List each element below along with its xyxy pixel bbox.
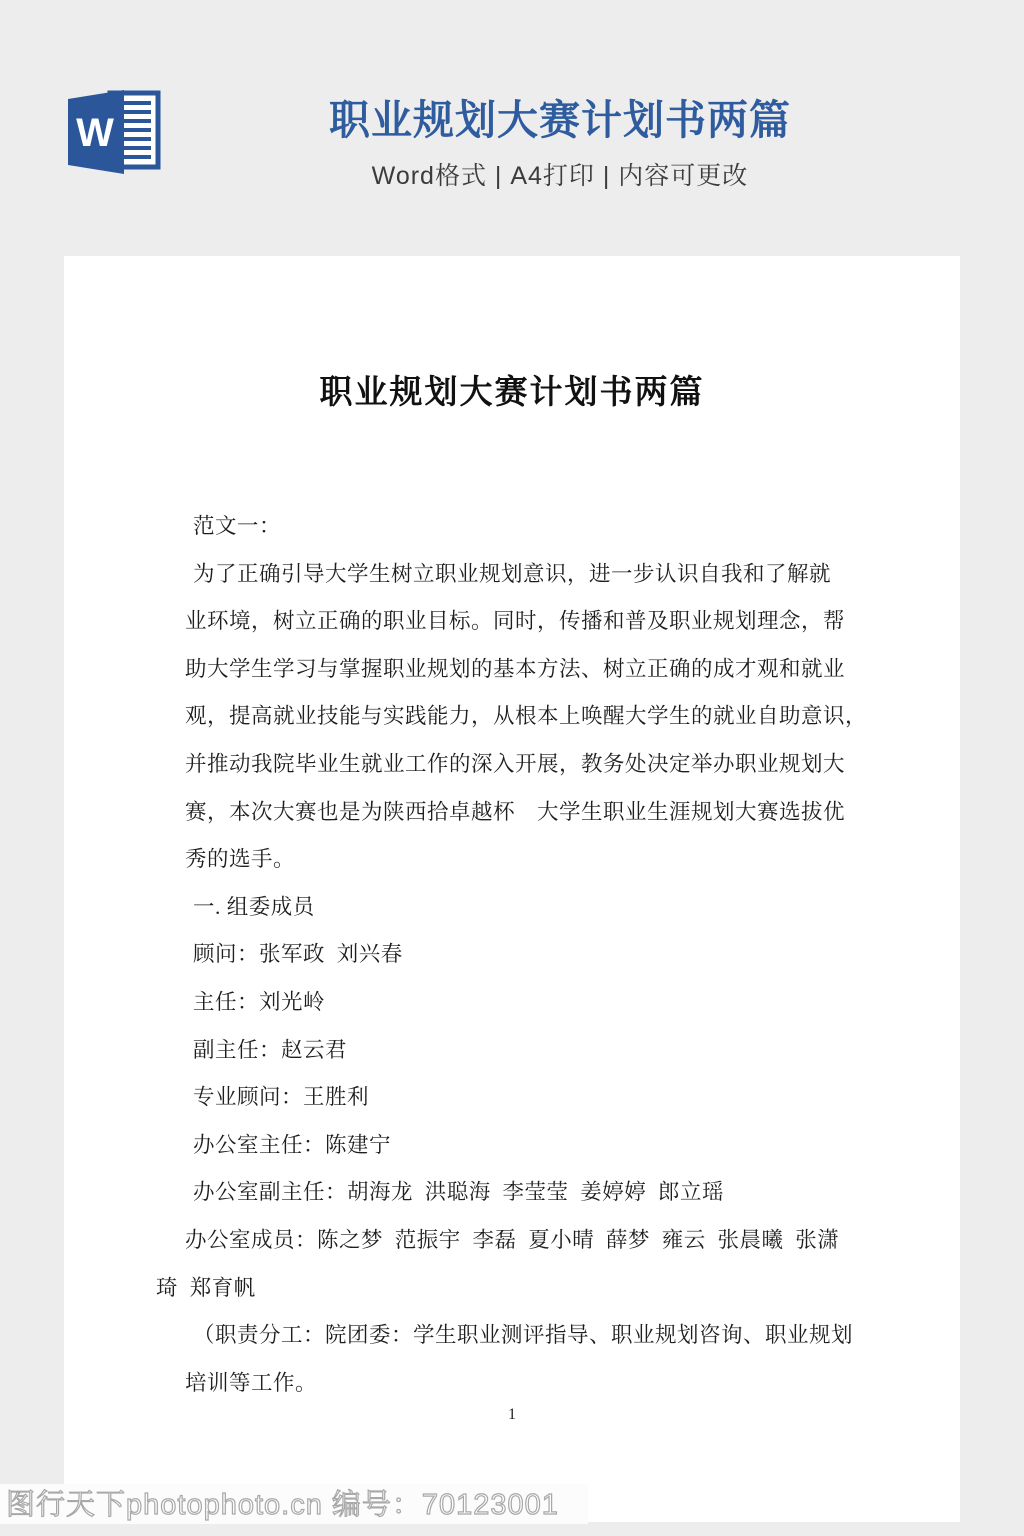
preview-header: W 职业规划大赛计划书两篇 Word格式 | A4打印 | 内容可更改 [0,0,1024,256]
doc-line: 主任：刘光岭 [185,979,905,1027]
template-subtitle: Word格式 | A4打印 | 内容可更改 [120,156,1000,192]
page-number: 1 [64,1406,960,1424]
doc-line: 观，提高就业技能与实践能力，从根本上唤醒大学生的就业自助意识， [185,693,905,741]
doc-line: 赛，本次大赛也是为陕西拾卓越杯 大学生职业生涯规划大赛选拔优 [185,789,905,837]
document-page: 职业规划大赛计划书两篇 范文一：为了正确引导大学生树立职业规划意识，进一步认识自… [64,256,960,1522]
header-text-block: 职业规划大赛计划书两篇 Word格式 | A4打印 | 内容可更改 [120,96,1000,192]
doc-line: 专业顾问：王胜利 [185,1074,905,1122]
doc-line: 副主任：赵云君 [185,1027,905,1075]
document-title: 职业规划大赛计划书两篇 [64,366,960,413]
svg-text:W: W [76,111,114,155]
doc-line: 助大学生学习与掌握职业规划的基本方法、树立正确的成才观和就业 [185,646,905,694]
doc-line: 培训等工作。 [185,1360,905,1408]
doc-line: 范文一： [185,503,905,551]
doc-line: 秀的选手。 [185,836,905,884]
document-body: 范文一：为了正确引导大学生树立职业规划意识，进一步认识自我和了解就业环境，树立正… [185,503,905,1407]
site-watermark: 图行天下photophoto.cn 编号：70123001 [6,1486,559,1524]
doc-line: 业环境，树立正确的职业目标。同时，传播和普及职业规划理念，帮 [185,598,905,646]
doc-line: 一. 组委成员 [185,884,905,932]
doc-line: 办公室成员：陈之梦 范振宇 李磊 夏小晴 薛梦 雍云 张晨曦 张潇 [185,1217,905,1265]
template-title: 职业规划大赛计划书两篇 [120,96,1000,144]
doc-line: 并推动我院毕业生就业工作的深入开展，教务处决定举办职业规划大 [185,741,905,789]
doc-line: 琦 郑育帆 [156,1265,905,1313]
doc-line: 办公室副主任：胡海龙 洪聪海 李莹莹 姜婷婷 郎立瑶 [185,1169,905,1217]
doc-line: （职责分工：院团委：学生职业测评指导、职业规划咨询、职业规划 [185,1312,905,1360]
doc-line: 顾问：张军政 刘兴春 [185,931,905,979]
doc-line: 办公室主任：陈建宁 [185,1122,905,1170]
doc-line: 为了正确引导大学生树立职业规划意识，进一步认识自我和了解就 [185,551,905,599]
